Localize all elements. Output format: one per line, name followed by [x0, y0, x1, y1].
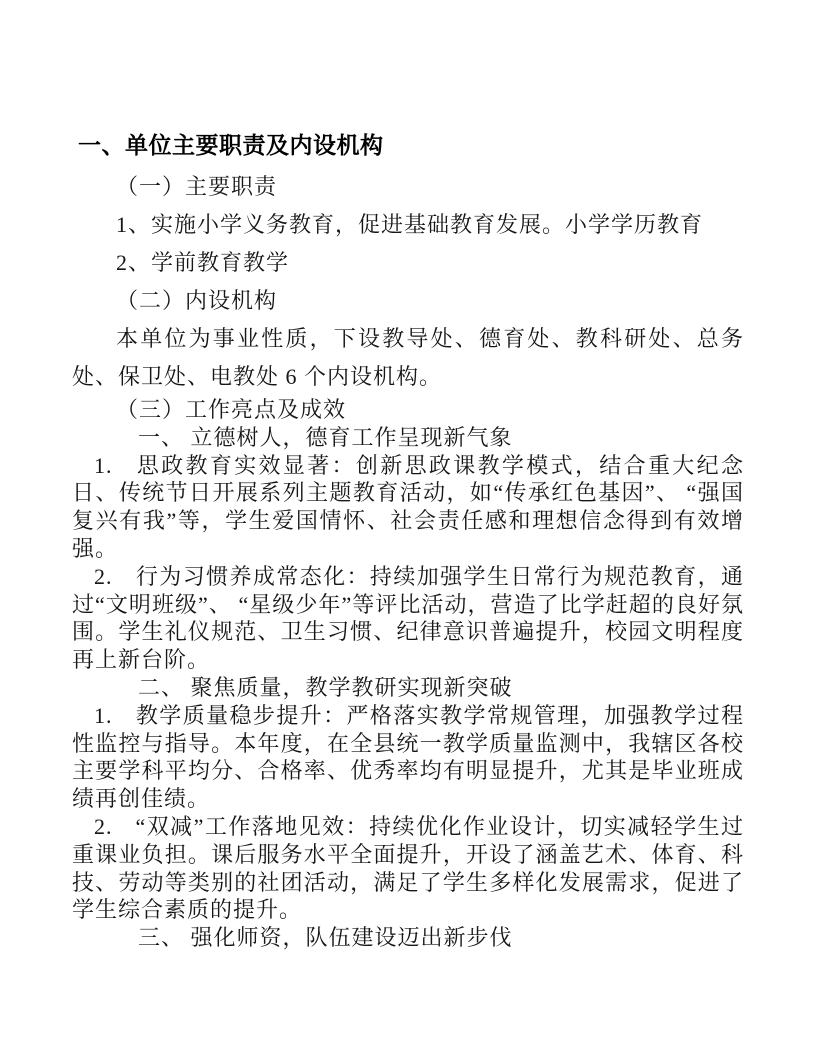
duty-item-1: 1、实施小学义务教育，促进基础教育发展。小学学历教育 [72, 206, 744, 244]
topic-heading-teacher-development: 三、 强化师资，队伍建设迈出新步伐 [72, 924, 744, 952]
paragraph-ideological-education: 1. 思政教育实效显著：创新思政课教学模式，结合重大纪念日、传统节日开展系列主题… [72, 452, 744, 563]
doc-title: 一、单位主要职责及内设机构 [72, 130, 744, 160]
subsection-heading-1: （一）主要职责 [72, 168, 744, 206]
paragraph-quality-improvement: 1. 教学质量稳步提升：严格落实教学常规管理，加强教学过程性监控与指导。本年度，… [72, 702, 744, 813]
topic-heading-moral-education: 一、 立德树人，德育工作呈现新气象 [72, 424, 744, 452]
topic-heading-teaching-quality: 二、 聚焦质量，教学教研实现新突破 [72, 674, 744, 702]
duty-item-2: 2、学前教育教学 [72, 244, 744, 282]
paragraph-double-reduction: 2. “双减”工作落地见效：持续优化作业设计，切实减轻学生过重课业负担。课后服务… [72, 813, 744, 924]
paragraph-behavior-habits: 2. 行为习惯养成常态化：持续加强学生日常行为规范教育，通过“文明班级”、 “星… [72, 563, 744, 674]
document-page: 一、单位主要职责及内设机构 （一）主要职责 1、实施小学义务教育，促进基础教育发… [0, 0, 816, 1056]
org-structure-paragraph: 本单位为事业性质，下设教导处、德育处、教科研处、总务处、保卫处、电教处 6 个内… [72, 320, 744, 396]
subsection-heading-3: （三）工作亮点及成效 [72, 396, 744, 424]
subsection-heading-2: （二）内设机构 [72, 282, 744, 320]
